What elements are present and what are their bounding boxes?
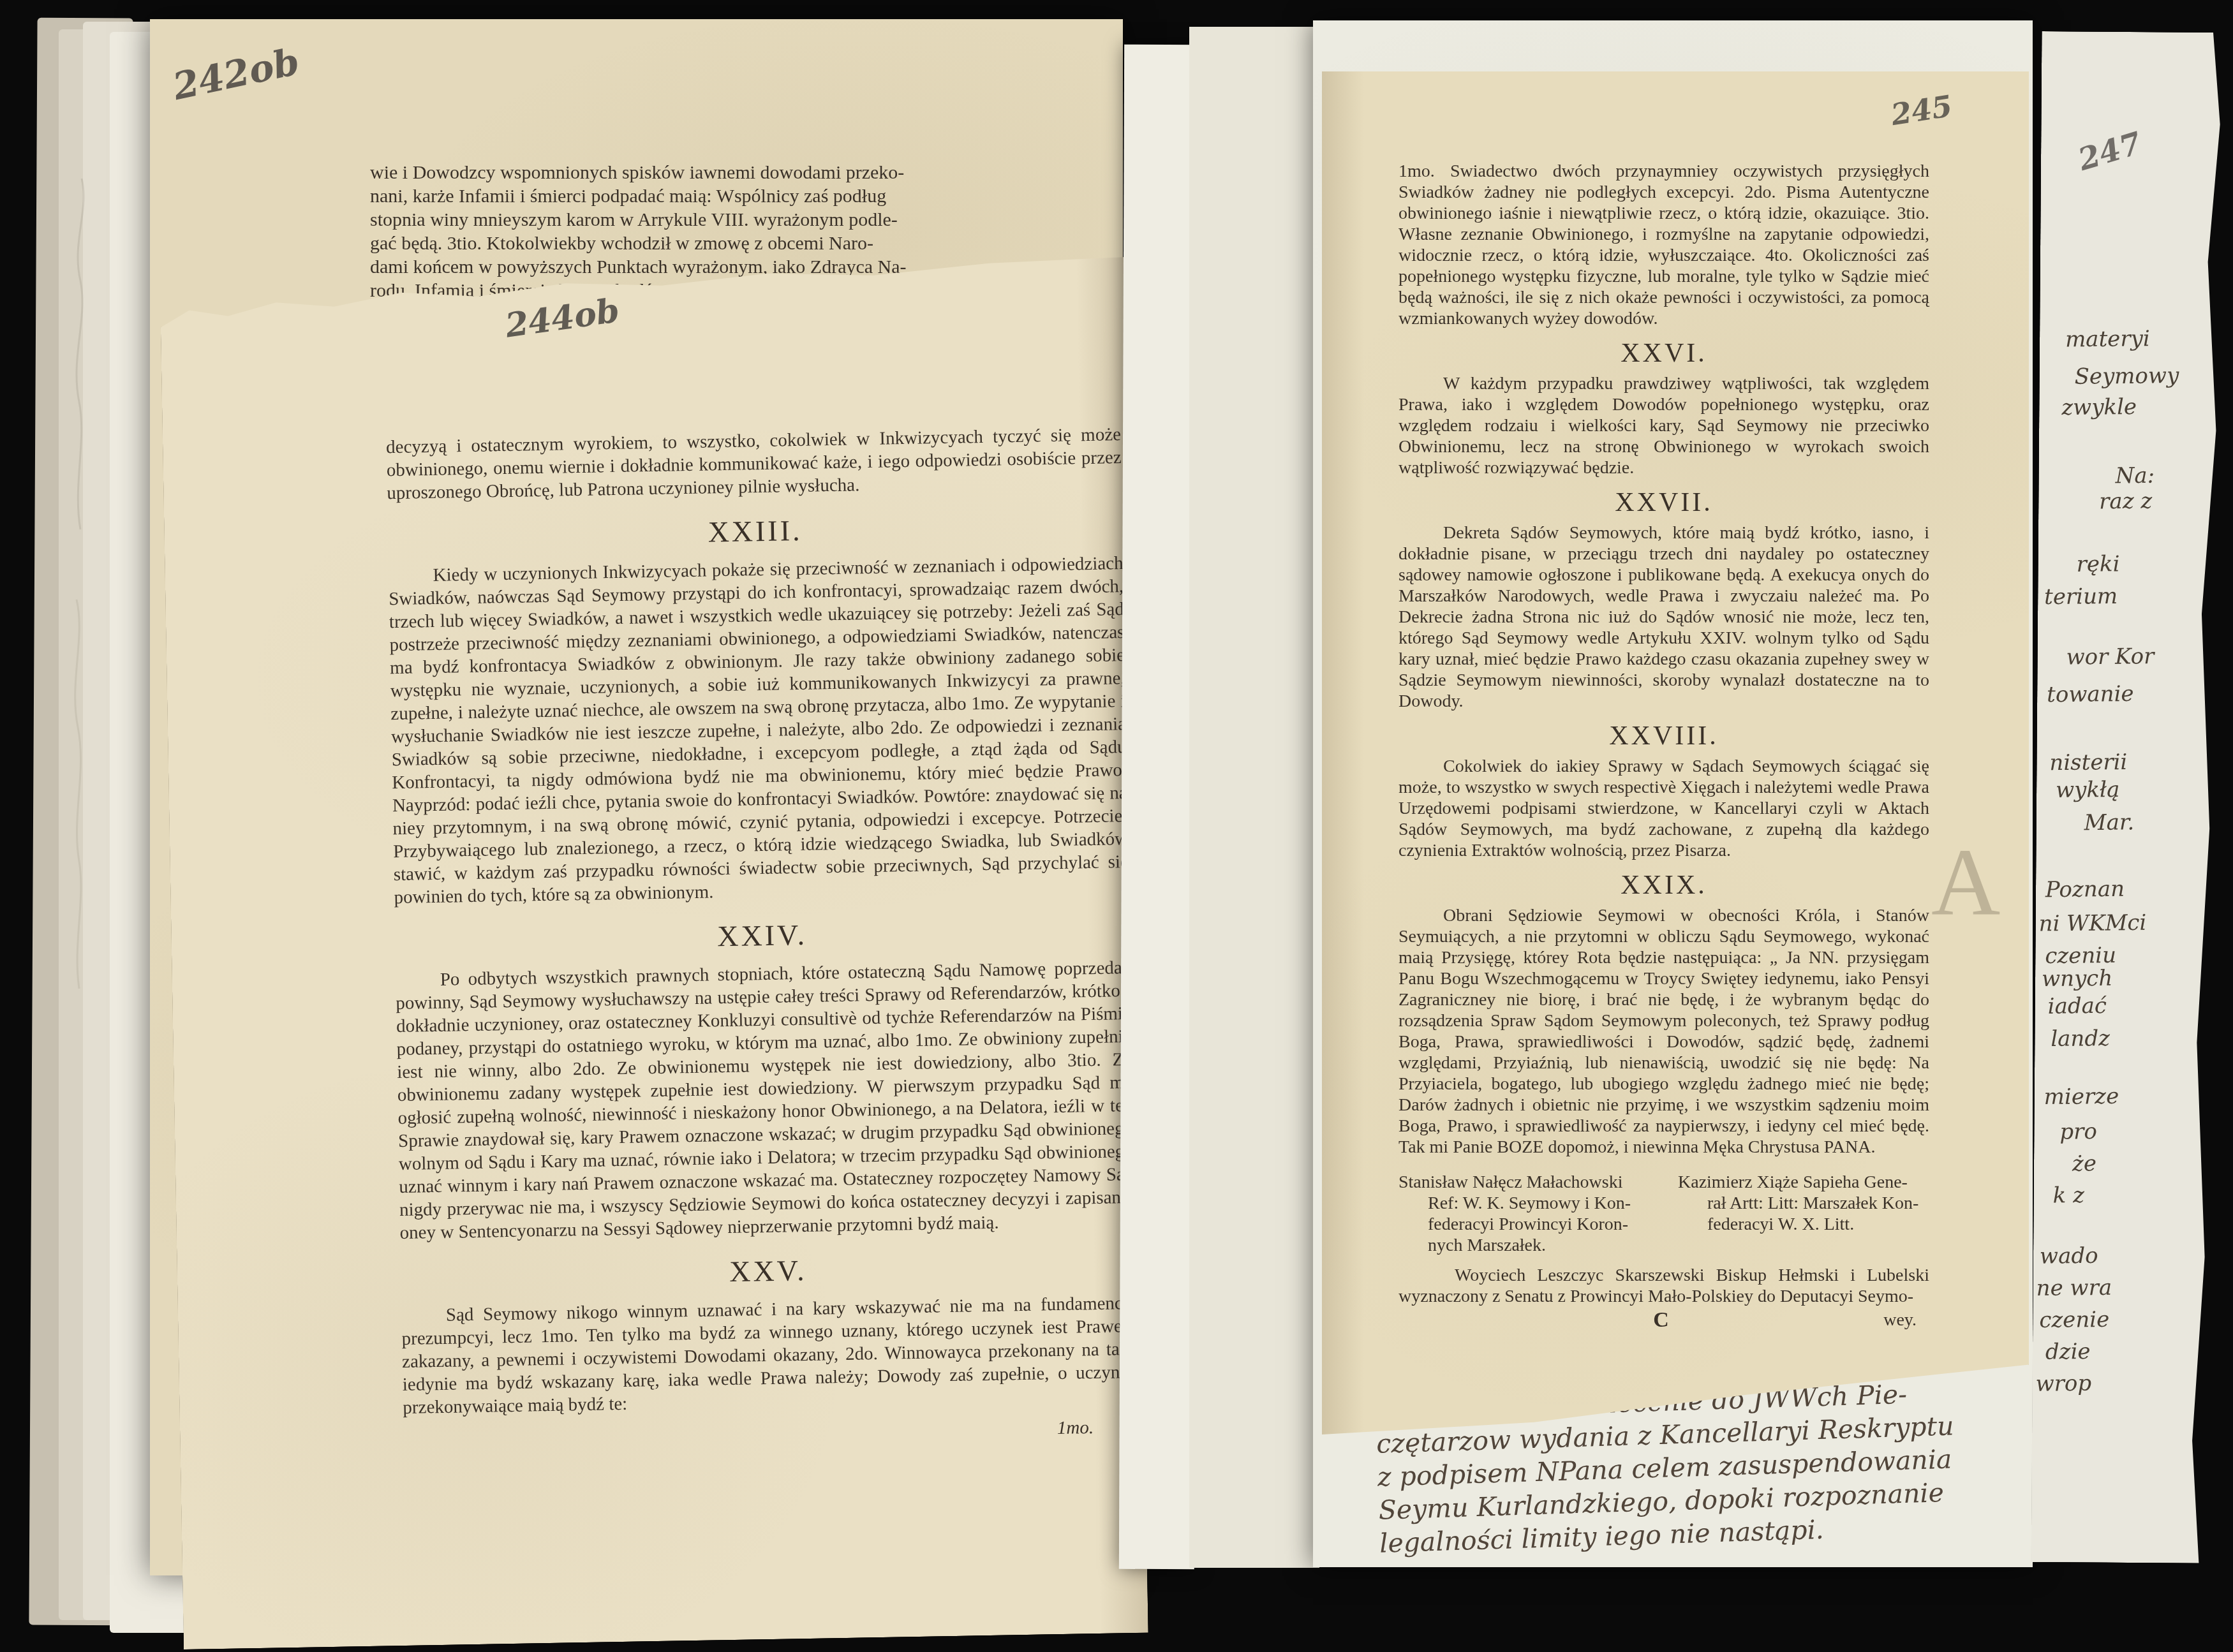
manuscript-fragment: towanie bbox=[2047, 681, 2134, 707]
manuscript-fragment: wnych bbox=[2042, 966, 2113, 992]
manuscript-fragment: nisterii bbox=[2049, 749, 2127, 776]
illegible-marginalia bbox=[57, 153, 108, 1046]
signature-line: rał Artt: Litt: Marszałek Kon- bbox=[1678, 1193, 1929, 1214]
fragment-line: wie i Dowodzcy wspomnionych spisków iawn… bbox=[370, 161, 1113, 184]
quire-signature-row: C wey. bbox=[1398, 1309, 1929, 1338]
section-paragraph: Dekreta Sądów Seymowych, które maią bydź… bbox=[1398, 522, 1929, 712]
handwritten-folio-number: 247 bbox=[2074, 126, 2146, 178]
signature-left-column: Stanisław Nałęcz Małachowski Ref: W. K. … bbox=[1398, 1172, 1650, 1256]
section-heading: XXIX. bbox=[1398, 875, 1929, 896]
manuscript-fragment: Seymowy bbox=[2074, 363, 2179, 390]
manuscript-fragment: landz bbox=[2051, 1026, 2110, 1052]
signature-line: Ref: W. K. Seymowy i Kon- bbox=[1398, 1193, 1650, 1214]
manuscript-fragment: ręki bbox=[2076, 551, 2119, 577]
section-paragraph: Po odbytych wszystkich prawnych stopniac… bbox=[395, 956, 1134, 1244]
manuscript-fragment: wor Kor bbox=[2066, 644, 2154, 670]
manuscript-fragment: Poznan bbox=[2045, 876, 2125, 903]
catchword: 1mo. bbox=[403, 1415, 1138, 1451]
manuscript-fragment: terium bbox=[2044, 584, 2118, 610]
left-page-text-column: decyzyą i ostatecznym wyrokiem, to wszys… bbox=[386, 423, 1139, 1451]
section-heading: XXVIII. bbox=[1398, 726, 1929, 747]
manuscript-fragment: dzie bbox=[2045, 1339, 2091, 1365]
handwritten-folio-number: 245 bbox=[1888, 89, 1954, 132]
manuscript-fragment: wado bbox=[2040, 1243, 2098, 1269]
right-page-text-column: 1mo. Swiadectwo dwóch przynaymniey oczyw… bbox=[1398, 161, 1929, 1338]
manuscript-fragment: zwykle bbox=[2061, 394, 2137, 420]
section-paragraph: Obrani Sędziowie Seymowi w obecności Kró… bbox=[1398, 905, 1929, 1158]
manuscript-fragment: pro bbox=[2059, 1119, 2097, 1145]
archival-book-photo: 242ob wie i Dowodzcy wspomnionych spiskó… bbox=[0, 0, 2233, 1652]
handwritten-folio-number: 244ob bbox=[503, 291, 621, 345]
gutter-guard-strip bbox=[1189, 27, 1319, 1568]
left-page-main-sheet: 244ob decyzyą i ostatecznym wyrokiem, to… bbox=[159, 252, 1148, 1649]
section-heading: XXVII. bbox=[1398, 492, 1929, 513]
quire-signature-mark: C bbox=[1653, 1309, 1669, 1331]
signature-line: nych Marszałek. bbox=[1398, 1235, 1650, 1256]
section-heading: XXIV. bbox=[394, 918, 1129, 954]
manuscript-fragment: wykłą bbox=[2056, 777, 2120, 803]
manuscript-fragment: materyi bbox=[2065, 326, 2150, 352]
manuscript-fragment: ne wra bbox=[2036, 1275, 2112, 1301]
section-paragraph: Kiedy w uczynionych Inkwizycyach pokaże … bbox=[388, 552, 1129, 909]
section-paragraph: Sąd Seymowy nikogo winnym uznawać i na k… bbox=[401, 1292, 1138, 1419]
manuscript-fragment: że bbox=[2072, 1151, 2096, 1176]
signature-right-column: Kazimierz Xiąże Sapieha Gene- rał Artt: … bbox=[1678, 1172, 1929, 1256]
signature-line: Kazimierz Xiąże Sapieha Gene- bbox=[1678, 1172, 1929, 1193]
manuscript-fragment: Mar. bbox=[2084, 809, 2135, 836]
bleedthrough-letter: A bbox=[1931, 827, 2000, 937]
manuscript-fragment: wrop bbox=[2035, 1371, 2091, 1397]
section-heading: XXV. bbox=[401, 1253, 1136, 1289]
right-page-sheet: 245 A 1mo. Swiadectwo dwóch przynaymniey… bbox=[1322, 71, 2029, 1443]
manuscript-fragment: czenie bbox=[2039, 1307, 2109, 1333]
section-paragraph: W każdym przypadku prawdziwey wątpliwośc… bbox=[1398, 373, 1929, 478]
fragment-line: gać będą. 3tio. Ktokolwiekby wchodził w … bbox=[370, 232, 1113, 255]
manuscript-fragment: raz z bbox=[2099, 489, 2153, 515]
section-heading: XXIII. bbox=[387, 513, 1122, 549]
next-page-strip: 247 materyi Seymowy zwykle Na: raz z ręk… bbox=[2031, 31, 2229, 1563]
manuscript-fragment: iadać bbox=[2048, 993, 2107, 1019]
fragment-line: stopnia winy mnieyszym karom w Arrykule … bbox=[370, 208, 1113, 232]
signature-line: federacyi Prowincyi Koron- bbox=[1398, 1214, 1650, 1235]
signature-line: federacyi W. X. Litt. bbox=[1678, 1214, 1929, 1235]
manuscript-fragment: ni WKMci bbox=[2038, 910, 2146, 937]
hyphenated-end-word: wey. bbox=[1883, 1309, 1917, 1331]
manuscript-fragment: k z bbox=[2052, 1183, 2084, 1209]
handwritten-folio-number: 242ob bbox=[169, 40, 303, 108]
signature-block: Stanisław Nałęcz Małachowski Ref: W. K. … bbox=[1398, 1172, 1929, 1256]
signature-line: Stanisław Nałęcz Małachowski bbox=[1398, 1172, 1650, 1193]
manuscript-fragment: czeniu bbox=[2045, 943, 2116, 969]
deputation-note: Woyciech Leszczyc Skarszewski Biskup Heł… bbox=[1398, 1265, 1929, 1307]
intro-paragraph: 1mo. Swiadectwo dwóch przynaymniey oczyw… bbox=[1398, 161, 1929, 329]
continuation-paragraph: decyzyą i ostatecznym wyrokiem, to wszys… bbox=[386, 423, 1122, 505]
section-heading: XXVI. bbox=[1398, 343, 1929, 364]
fragment-line: nani, karże Infamii i śmierci podpadać m… bbox=[370, 184, 1113, 208]
section-paragraph: Cokolwiek do iakiey Sprawy w Sądach Seym… bbox=[1398, 756, 1929, 861]
manuscript-fragment: mierze bbox=[2044, 1084, 2119, 1110]
manuscript-fragment: Na: bbox=[2115, 463, 2155, 489]
gutter-guard-strip bbox=[1119, 45, 1199, 1569]
